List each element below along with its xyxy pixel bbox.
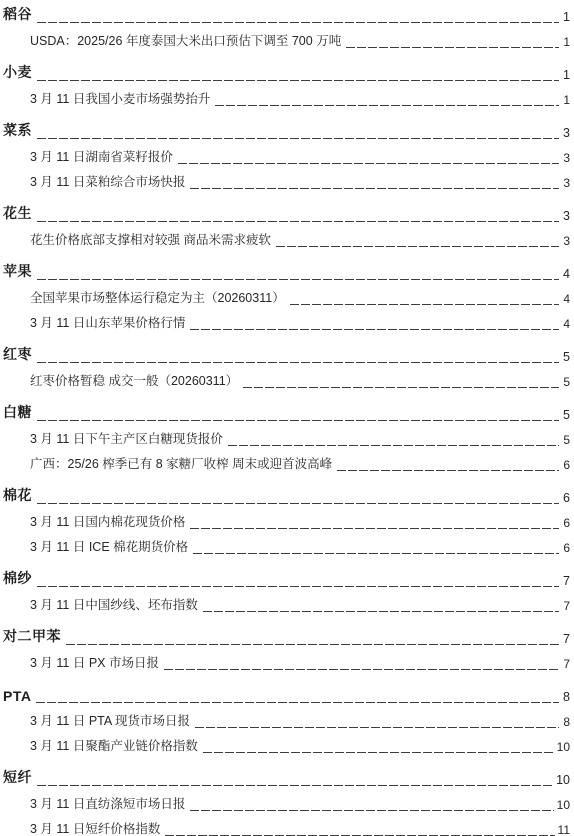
toc-entry[interactable]: 3 月 11 日 ICE 棉花期货价格6: [3, 533, 570, 558]
tab-leader: [193, 553, 559, 554]
toc-section: 小麦13 月 11 日我国小麦市场强势抬升1: [3, 60, 570, 110]
entry-title: 3 月 11 日我国小麦市场强势抬升: [30, 89, 210, 107]
toc-section-heading[interactable]: 花生3: [3, 201, 570, 226]
toc-entry[interactable]: 红枣价格暂稳 成交一般（20260311）5: [3, 367, 570, 392]
page-number: 6: [562, 491, 570, 505]
toc-entry[interactable]: 3 月 11 日 PTA 现货市场日报8: [3, 707, 570, 732]
toc-entry[interactable]: 3 月 11 日聚酯产业链价格指数10: [3, 732, 570, 757]
tab-leader: [37, 362, 559, 363]
entry-title: 广西：25/26 榨季已有 8 家糖厂收榨 周末或迎首波高峰: [30, 454, 332, 472]
tab-leader: [190, 528, 559, 529]
section-title: 红枣: [3, 344, 32, 364]
page-number: 3: [562, 234, 570, 248]
toc-section: 棉花63 月 11 日国内棉花现货价格63 月 11 日 ICE 棉花期货价格6: [3, 483, 570, 558]
page-number: 8: [562, 690, 570, 704]
tab-leader: [37, 22, 559, 23]
page-number: 10: [556, 773, 570, 787]
page-number: 7: [562, 574, 570, 588]
page-number: 10: [557, 740, 570, 754]
tab-leader: [346, 47, 559, 48]
page-number: 6: [562, 516, 570, 530]
toc-entry[interactable]: 3 月 11 日菜粕综合市场快报3: [3, 168, 570, 193]
page-number: 1: [562, 93, 570, 107]
section-title: 稻谷: [3, 4, 32, 24]
toc-section-heading[interactable]: 苹果4: [3, 259, 570, 284]
entry-title: 3 月 11 日下午主产区白糖现货报价: [30, 429, 223, 447]
tab-leader: [190, 188, 559, 189]
toc-entry[interactable]: 3 月 11 日短纤价格指数11: [3, 815, 570, 836]
page-number: 6: [562, 541, 570, 555]
tab-leader: [190, 329, 559, 330]
page-number: 1: [562, 68, 570, 82]
toc-section: 棉纱73 月 11 日中国纱线、坯布指数7: [3, 566, 570, 616]
toc-entry[interactable]: 3 月 11 日山东苹果价格行情4: [3, 309, 570, 334]
tab-leader: [178, 163, 559, 164]
tab-leader: [37, 279, 559, 280]
toc-entry[interactable]: 3 月 11 日国内棉花现货价格6: [3, 508, 570, 533]
section-title: 对二甲苯: [3, 626, 61, 646]
table-of-contents: 稻谷1USDA：2025/26 年度泰国大米出口预估下调至 700 万吨1小麦1…: [0, 0, 574, 836]
section-title: 棉花: [3, 485, 32, 505]
page-number: 6: [562, 458, 570, 472]
toc-entry[interactable]: 3 月 11 日直纺涤短市场日报10: [3, 790, 570, 815]
toc-section: PTA83 月 11 日 PTA 现货市场日报83 月 11 日聚酯产业链价格指…: [3, 682, 570, 757]
toc-section: 红枣5红枣价格暂稳 成交一般（20260311）5: [3, 342, 570, 392]
tab-leader: [203, 611, 559, 612]
tab-leader: [37, 503, 559, 504]
toc-entry[interactable]: 3 月 11 日 PX 市场日报7: [3, 649, 570, 674]
toc-entry[interactable]: 全国苹果市场整体运行稳定为主（20260311）4: [3, 284, 570, 309]
section-title: 苹果: [3, 261, 32, 281]
section-title: PTA: [3, 688, 31, 704]
toc-section: 稻谷1USDA：2025/26 年度泰国大米出口预估下调至 700 万吨1: [3, 2, 570, 52]
section-title: 菜系: [3, 120, 32, 140]
page-number: 3: [562, 126, 570, 140]
toc-section: 对二甲苯73 月 11 日 PX 市场日报7: [3, 624, 570, 674]
entry-title: 红枣价格暂稳 成交一般（20260311）: [30, 371, 238, 389]
section-title: 小麦: [3, 62, 32, 82]
toc-entry[interactable]: 3 月 11 日我国小麦市场强势抬升1: [3, 85, 570, 110]
entry-title: 3 月 11 日聚酯产业链价格指数: [30, 736, 198, 754]
toc-entry[interactable]: USDA：2025/26 年度泰国大米出口预估下调至 700 万吨1: [3, 27, 570, 52]
toc-section-heading[interactable]: 小麦1: [3, 60, 570, 85]
tab-leader: [243, 387, 559, 388]
entry-title: 3 月 11 日中国纱线、坯布指数: [30, 595, 198, 613]
tab-leader: [228, 445, 559, 446]
toc-entry[interactable]: 广西：25/26 榨季已有 8 家糖厂收榨 周末或迎首波高峰6: [3, 450, 570, 475]
toc-section-heading[interactable]: PTA8: [3, 682, 570, 707]
toc-section-heading[interactable]: 棉纱7: [3, 566, 570, 591]
entry-title: 3 月 11 日直纺涤短市场日报: [30, 794, 185, 812]
page-number: 11: [558, 823, 570, 836]
tab-leader: [37, 221, 559, 222]
tab-leader: [37, 420, 559, 421]
tab-leader: [37, 586, 559, 587]
section-title: 白糖: [3, 402, 32, 422]
page-number: 4: [562, 267, 570, 281]
entry-title: 3 月 11 日 PTA 现货市场日报: [30, 711, 190, 729]
entry-title: 花生价格底部支撑相对较强 商品米需求疲软: [30, 230, 271, 248]
entry-title: 3 月 11 日短纤价格指数: [30, 819, 160, 836]
page-number: 1: [562, 10, 570, 24]
toc-section-heading[interactable]: 红枣5: [3, 342, 570, 367]
entry-title: 3 月 11 日菜粕综合市场快报: [30, 172, 185, 190]
tab-leader: [37, 785, 553, 786]
page-number: 10: [557, 798, 570, 812]
toc-entry[interactable]: 3 月 11 日中国纱线、坯布指数7: [3, 591, 570, 616]
page-number: 7: [562, 599, 570, 613]
page-number: 8: [562, 715, 570, 729]
toc-section-heading[interactable]: 白糖5: [3, 400, 570, 425]
tab-leader: [37, 138, 559, 139]
page-number: 4: [562, 292, 570, 306]
section-title: 花生: [3, 203, 32, 223]
entry-title: USDA：2025/26 年度泰国大米出口预估下调至 700 万吨: [30, 31, 341, 49]
page-number: 5: [562, 375, 570, 389]
tab-leader: [36, 702, 559, 703]
toc-entry[interactable]: 3 月 11 日湖南省菜籽报价3: [3, 143, 570, 168]
tab-leader: [203, 752, 554, 753]
page-number: 5: [562, 433, 570, 447]
page-number: 5: [562, 408, 570, 422]
toc-section-heading[interactable]: 对二甲苯7: [3, 624, 570, 649]
toc-section-heading[interactable]: 稻谷1: [3, 2, 570, 27]
toc-entry[interactable]: 花生价格底部支撑相对较强 商品米需求疲软3: [3, 226, 570, 251]
tab-leader: [337, 470, 559, 471]
entry-title: 3 月 11 日山东苹果价格行情: [30, 313, 185, 331]
toc-section: 菜系33 月 11 日湖南省菜籽报价33 月 11 日菜粕综合市场快报3: [3, 118, 570, 193]
toc-section-heading[interactable]: 棉花6: [3, 483, 570, 508]
tab-leader: [290, 304, 559, 305]
toc-section-heading[interactable]: 短纤10: [3, 765, 570, 790]
toc-section: 苹果4全国苹果市场整体运行稳定为主（20260311）43 月 11 日山东苹果…: [3, 259, 570, 334]
entry-title: 3 月 11 日湖南省菜籽报价: [30, 147, 173, 165]
entry-title: 全国苹果市场整体运行稳定为主（20260311）: [30, 288, 285, 306]
toc-section-heading[interactable]: 菜系3: [3, 118, 570, 143]
entry-title: 3 月 11 日 ICE 棉花期货价格: [30, 537, 188, 555]
toc-entry[interactable]: 3 月 11 日下午主产区白糖现货报价5: [3, 425, 570, 450]
entry-title: 3 月 11 日国内棉花现货价格: [30, 512, 185, 530]
page-number: 3: [562, 176, 570, 190]
page-number: 7: [562, 632, 570, 646]
page-number: 5: [562, 350, 570, 364]
tab-leader: [276, 246, 559, 247]
entry-title: 3 月 11 日 PX 市场日报: [30, 653, 159, 671]
tab-leader: [66, 644, 559, 645]
page-number: 1: [562, 35, 570, 49]
toc-section: 花生3花生价格底部支撑相对较强 商品米需求疲软3: [3, 201, 570, 251]
tab-leader: [195, 727, 559, 728]
page-number: 3: [562, 209, 570, 223]
tab-leader: [37, 80, 559, 81]
tab-leader: [190, 810, 553, 811]
toc-section: 短纤103 月 11 日直纺涤短市场日报103 月 11 日短纤价格指数11: [3, 765, 570, 836]
section-title: 短纤: [3, 767, 32, 787]
page-number: 4: [562, 317, 570, 331]
tab-leader: [164, 669, 559, 670]
tab-leader: [215, 105, 559, 106]
page-number: 7: [562, 657, 570, 671]
section-title: 棉纱: [3, 568, 32, 588]
toc-section: 白糖53 月 11 日下午主产区白糖现货报价5广西：25/26 榨季已有 8 家…: [3, 400, 570, 475]
page-number: 3: [562, 151, 570, 165]
